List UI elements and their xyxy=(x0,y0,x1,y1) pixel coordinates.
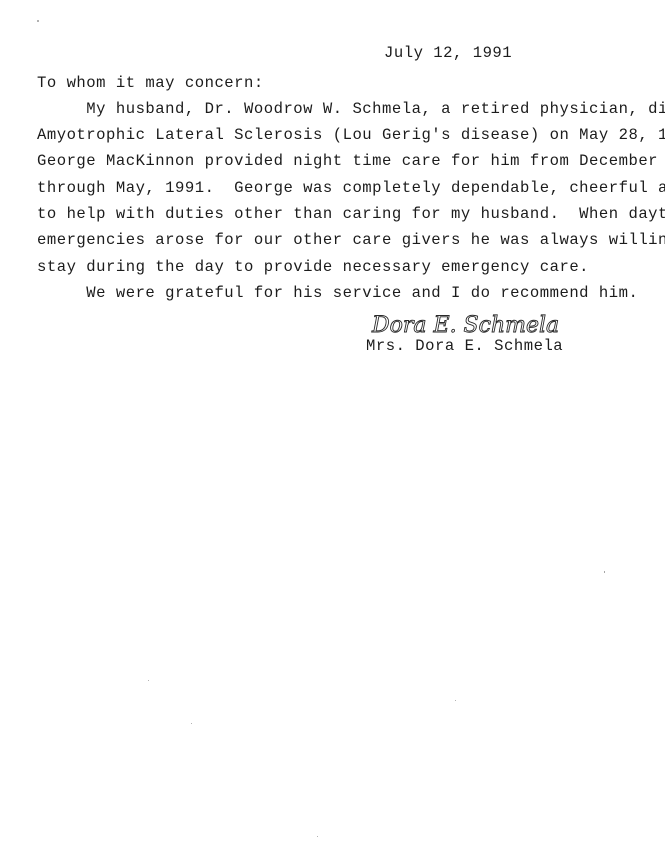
scan-speck xyxy=(604,571,605,573)
scan-speck xyxy=(317,836,318,837)
body-line: emergencies arose for our other care giv… xyxy=(37,231,665,249)
letter-date: July 12, 1991 xyxy=(384,44,512,62)
body-line: Amyotrophic Lateral Sclerosis (Lou Gerig… xyxy=(37,126,665,144)
scan-speck xyxy=(148,680,149,681)
body-line: My husband, Dr. Woodrow W. Schmela, a re… xyxy=(37,100,665,118)
scan-speck xyxy=(191,723,192,724)
letter-salutation: To whom it may concern: xyxy=(37,74,264,92)
body-line: George MacKinnon provided night time car… xyxy=(37,152,665,170)
body-line: through May, 1991. George was completely… xyxy=(37,179,665,197)
body-line: stay during the day to provide necessary… xyxy=(37,258,589,276)
signature-script: Dora E. Schmela xyxy=(371,313,559,338)
typed-signature: Mrs. Dora E. Schmela xyxy=(366,337,563,355)
scan-speck xyxy=(37,20,39,22)
body-line: We were grateful for his service and I d… xyxy=(37,284,638,302)
body-line: to help with duties other than caring fo… xyxy=(37,205,665,223)
scan-speck xyxy=(455,700,456,701)
